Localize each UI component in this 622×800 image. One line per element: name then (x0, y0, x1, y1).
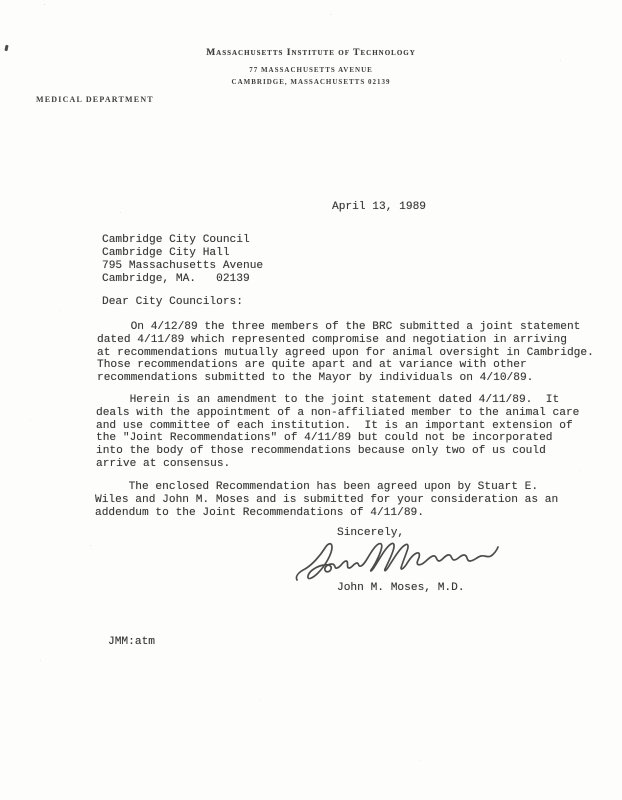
letter-date: April 13, 1989 (332, 201, 426, 214)
handwritten-signature (294, 538, 500, 584)
letterhead-address-line2: CAMBRIDGE, MASSACHUSETTS 02139 (0, 78, 622, 86)
scanned-letter-page: Massachusetts Institute of Technology 77… (0, 0, 622, 800)
body-paragraph-3: The enclosed Recommendation has been agr… (95, 481, 558, 519)
letterhead-address-line1: 77 MASSACHUSETTS AVENUE (0, 66, 622, 74)
salutation: Dear City Councilors: (102, 296, 243, 309)
body-paragraph-2: Herein is an amendment to the joint stat… (96, 394, 579, 471)
body-paragraph-1: On 4/12/89 the three members of the BRC … (97, 321, 594, 385)
typist-reference: JMM:atm (108, 636, 155, 649)
letterhead-department: MEDICAL DEPARTMENT (36, 95, 154, 104)
recipient-address: Cambridge City Council Cambridge City Ha… (102, 234, 263, 286)
letterhead-institution: Massachusetts Institute of Technology (0, 48, 622, 58)
signer-typed-name: John M. Moses, M.D. (337, 582, 465, 595)
scan-noise-specks (0, 0, 1, 1)
